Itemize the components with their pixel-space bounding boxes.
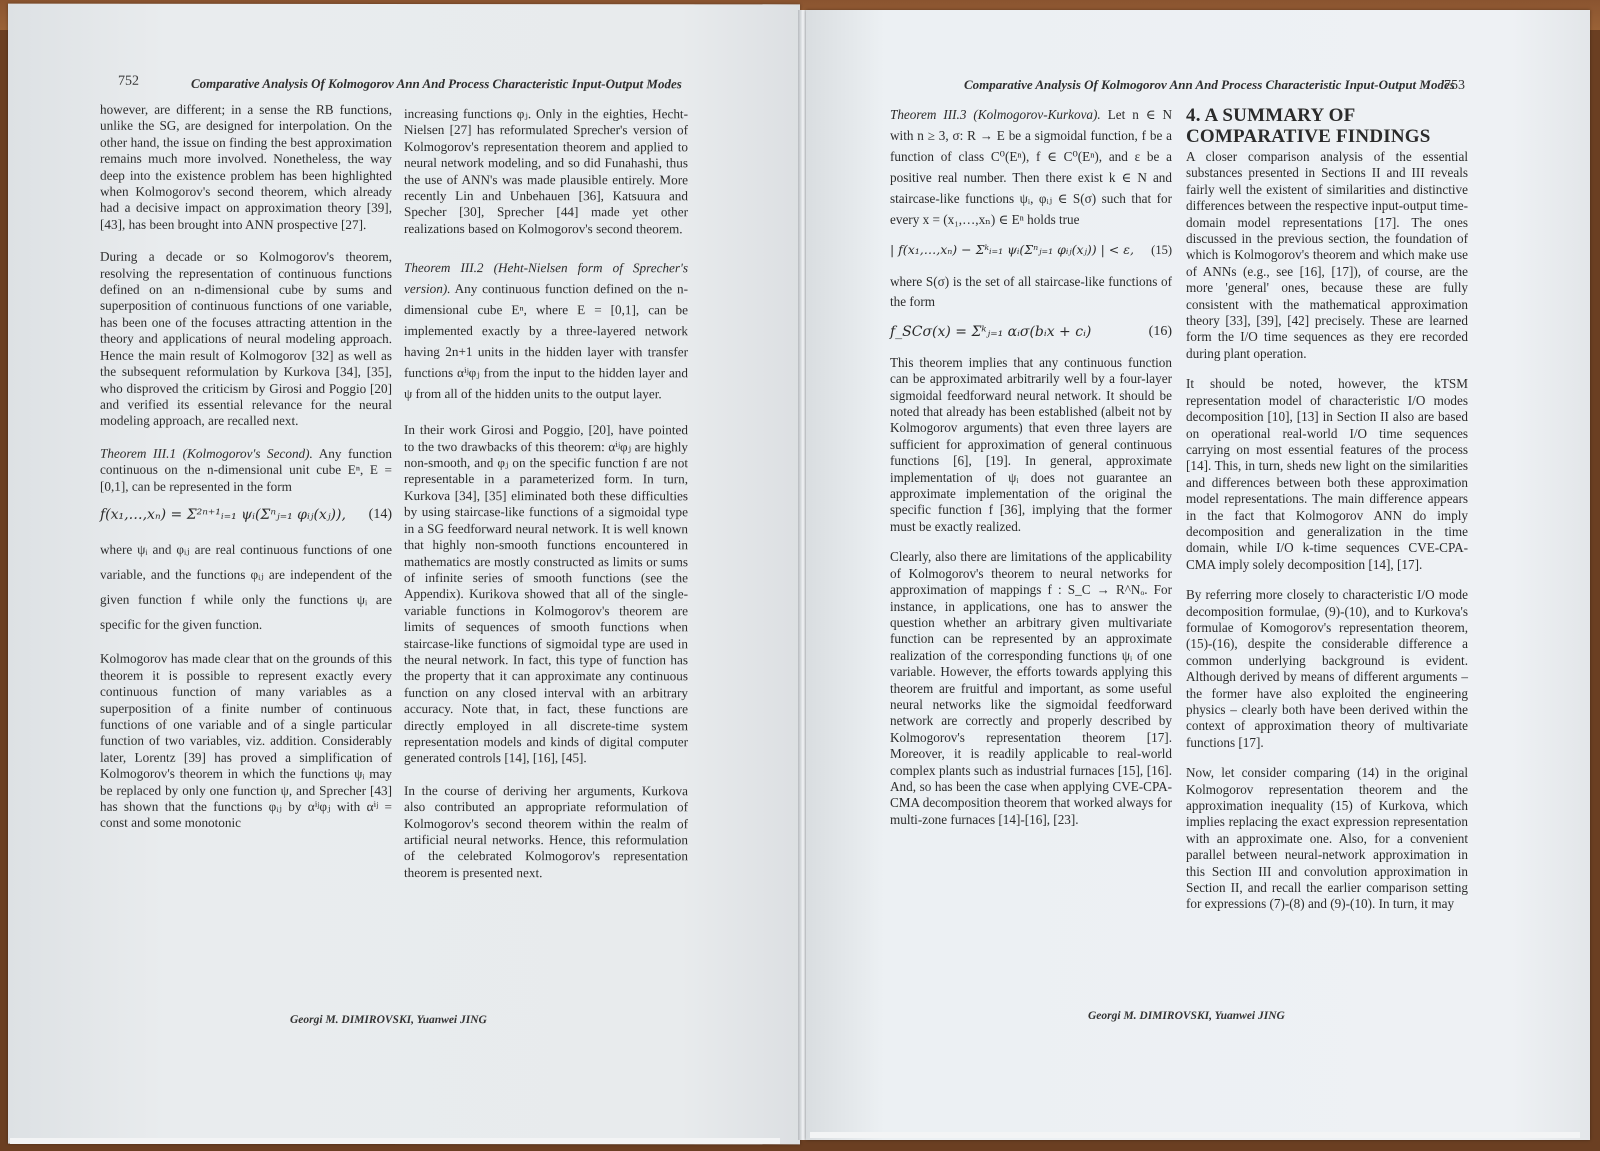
- right-page-column-1: Theorem III.3 (Kolmogorov-Kurkova). Let …: [890, 104, 1172, 840]
- paragraph: A closer comparison analysis of the esse…: [1186, 149, 1468, 362]
- page-edge-left: [10, 1138, 780, 1144]
- section-heading-line: 4. A SUMMARY OF: [1186, 105, 1468, 126]
- section-heading-line: COMPARATIVE FINDINGS: [1186, 126, 1468, 147]
- theorem-text: Let n ∈ N with n ≥ 3, σ: R → E be a sigm…: [890, 107, 1172, 227]
- paragraph: increasing functions φⱼ. Only in the eig…: [404, 106, 688, 237]
- paragraph: where S(σ) is the set of all staircase-l…: [890, 272, 1172, 312]
- equation-15: | f(x₁,…,xₙ) − Σᵏᵢ₌₁ ψᵢ(Σⁿⱼ₌₁ φᵢⱼ(xⱼ)) |…: [890, 242, 1172, 258]
- equation-body: | f(x₁,…,xₙ) − Σᵏᵢ₌₁ ψᵢ(Σⁿⱼ₌₁ φᵢⱼ(xⱼ)) |…: [890, 242, 1134, 258]
- paragraph: In their work Girosi and Poggio, [20], h…: [404, 422, 688, 767]
- left-page: 752 Comparative Analysis Of Kolmogorov A…: [8, 4, 800, 1145]
- paragraph: It should be noted, however, the kTSM re…: [1186, 376, 1468, 573]
- left-page-column-2: increasing functions φⱼ. Only in the eig…: [404, 106, 688, 893]
- left-page-column-1: however, are different; in a sense the R…: [100, 102, 392, 844]
- equation-14: f(x₁,…,xₙ) = Σ²ⁿ⁺¹ᵢ₌₁ ψᵢ(Σⁿⱼ₌₁ φᵢⱼ(xⱼ)),…: [100, 507, 392, 524]
- paragraph: By referring more closely to characteris…: [1186, 587, 1468, 751]
- paragraph: This theorem implies that any continuous…: [890, 355, 1172, 535]
- theorem-block: Theorem III.2 (Heht-Nielsen form of Spre…: [404, 257, 688, 404]
- running-header: Comparative Analysis Of Kolmogorov Ann A…: [191, 76, 682, 92]
- theorem-label: Theorem III.1 (Kolmogorov's Second).: [100, 445, 313, 460]
- page-edge-right: [810, 1132, 1580, 1138]
- page-number: 753: [1444, 78, 1465, 94]
- paragraph: Clearly, also there are limitations of t…: [890, 549, 1172, 828]
- equation-body: f(x₁,…,xₙ) = Σ²ⁿ⁺¹ᵢ₌₁ ψᵢ(Σⁿⱼ₌₁ φᵢⱼ(xⱼ)),: [100, 507, 346, 524]
- theorem-text: Any continuous function defined on the n…: [404, 281, 688, 401]
- page-number: 752: [118, 74, 139, 90]
- equation-16: f_SCσ(x) = Σᵏⱼ₌₁ αᵢσ(bᵢx + cᵢ) (16): [890, 324, 1172, 340]
- equation-number: (14): [369, 507, 392, 523]
- paragraph: Now, let consider comparing (14) in the …: [1186, 765, 1468, 913]
- running-header: Comparative Analysis Of Kolmogorov Ann A…: [964, 77, 1455, 93]
- right-page: Comparative Analysis Of Kolmogorov Ann A…: [806, 10, 1590, 1140]
- paragraph: During a decade or so Kolmogorov's theor…: [100, 249, 392, 430]
- right-page-column-2: 4. A SUMMARY OF COMPARATIVE FINDINGS A c…: [1186, 105, 1468, 925]
- page-footer-authors: Georgi M. DIMIROVSKI, Yuanwei JING: [290, 1014, 487, 1026]
- theorem-label: Theorem III.3 (Kolmogorov-Kurkova).: [890, 107, 1101, 122]
- theorem-block: Theorem III.3 (Kolmogorov-Kurkova). Let …: [890, 104, 1172, 230]
- page-footer-authors: Georgi M. DIMIROVSKI, Yuanwei JING: [1088, 1010, 1285, 1022]
- equation-body: f_SCσ(x) = Σᵏⱼ₌₁ αᵢσ(bᵢx + cᵢ): [890, 324, 1091, 340]
- paragraph: where ψᵢ and φᵢⱼ are real continuous fun…: [100, 537, 392, 637]
- paragraph: however, are different; in a sense the R…: [100, 102, 392, 234]
- paragraph: Kolmogorov has made clear that on the gr…: [100, 651, 392, 832]
- theorem-block: Theorem III.1 (Kolmogorov's Second). Any…: [100, 445, 392, 494]
- paragraph: In the course of deriving her arguments,…: [404, 783, 688, 882]
- equation-number: (16): [1149, 324, 1172, 340]
- section-heading: 4. A SUMMARY OF COMPARATIVE FINDINGS: [1186, 105, 1468, 147]
- equation-number: (15): [1151, 242, 1172, 258]
